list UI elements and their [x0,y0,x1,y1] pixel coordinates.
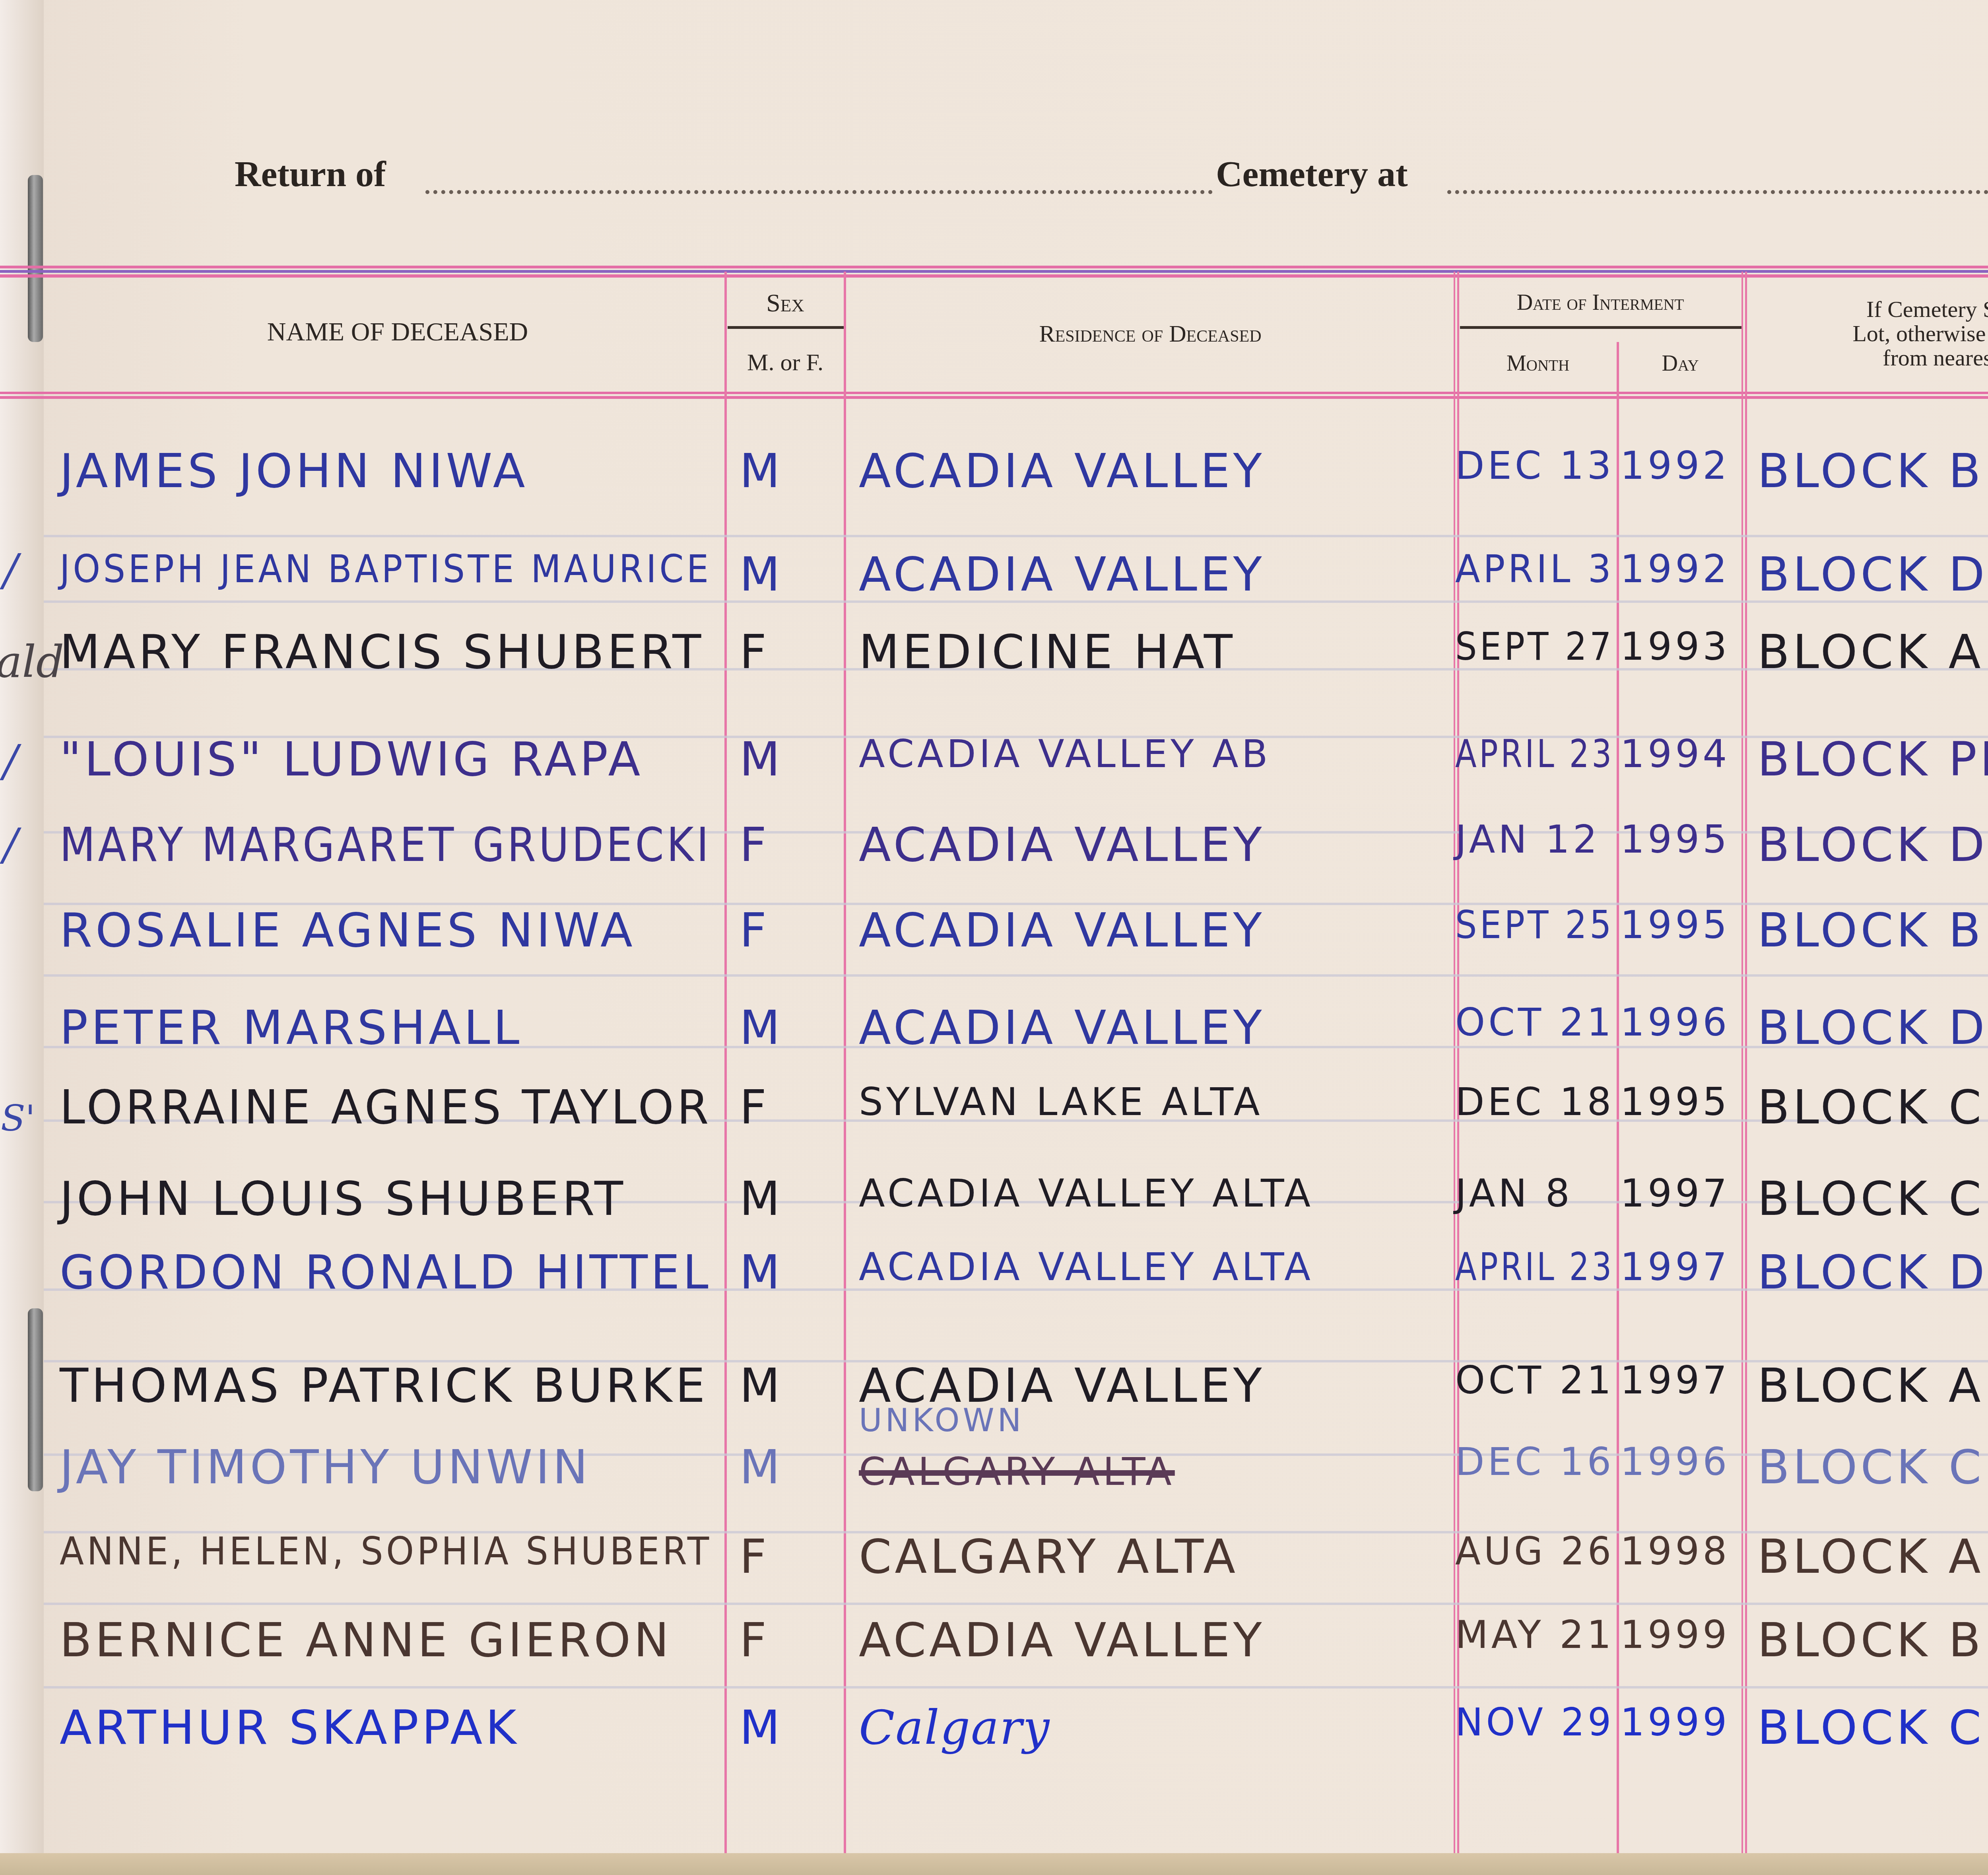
date-subrule [1460,326,1741,329]
register-page: Return of Cemetery at for Quarter ending… [0,0,1988,1853]
entry-month: OCT 21 [1455,1358,1614,1403]
binding-staple-top [28,175,43,342]
entry-name: JOSEPH JEAN BAPTISTE MAURICE [60,547,711,591]
entry-sex: M [740,1440,783,1494]
column-heading-month: Month [1459,352,1617,375]
entry-sex: F [740,817,770,872]
column-heading-sex-sub: M. or F. [727,350,844,375]
entry-sex: M [740,443,783,498]
column-rule [1617,342,1619,1853]
entry-lot: BLOCK B PLOT 96 [1757,903,1988,958]
return-of-blank [425,190,1213,194]
entry-lot: BLOCK C PLOT 31 [1757,1700,1988,1755]
entry-residence: MEDICINE HAT [859,624,1236,679]
entry-month: NOV 29 [1455,1700,1614,1745]
entry-sex: F [740,1529,770,1584]
entry-sex: M [740,1000,783,1055]
entry-day: 1998 [1620,1529,1730,1574]
entry-day: 1999 [1620,1700,1730,1745]
entry-month: SEPT 25 [1455,903,1614,947]
column-heading-lot: If Cemetery Surveyed State Number of Lot… [1747,297,1988,370]
entry-residence: ACADIA VALLEY AB [859,732,1271,776]
margin-note: S' [1,1098,35,1139]
entry-name: JOHN LOUIS SHUBERT [60,1171,626,1226]
entry-sex: M [740,1700,783,1755]
sex-subrule [728,326,844,329]
entry-day: 1995 [1620,1080,1730,1124]
entry-month: AUG 26 [1455,1529,1614,1574]
entry-day: 1994 [1620,732,1730,776]
entry-residence-struck: CALGARY ALTA [859,1449,1175,1494]
entry-month: JAN 8 [1455,1171,1573,1216]
entry-sex: M [740,1245,783,1300]
binding-staple-bottom [28,1308,43,1491]
entry-residence: SYLVAN LAKE ALTA [859,1080,1263,1124]
entry-lot: BLOCK C PLOT 30 ? [1757,1440,1988,1494]
entry-name: JAY TIMOTHY UNWIN [60,1440,591,1494]
entry-month: APRIL 3 [1455,547,1614,591]
entry-name: GORDON RONALD HITTEL [60,1245,711,1300]
entry-name: PETER MARSHALL [60,1000,522,1055]
entry-month: DEC 13 [1455,443,1614,488]
entry-residence: ACADIA VALLEY [859,443,1265,498]
entry-name: MARY MARGARET GRUDECKI [60,817,711,872]
entry-lot: BLOCK D PLOT 22 [1757,817,1988,872]
entry-residence: ACADIA VALLEY [859,903,1265,958]
cemetery-at-label: Cemetery at [1216,155,1408,195]
entry-residence: UNKOWN [859,1402,1024,1439]
entry-day: 1997 [1620,1358,1730,1403]
entry-sex: F [740,903,770,958]
entry-lot: BLOCK PLOT 38 [1757,732,1988,787]
entry-month: DEC 16 [1455,1440,1614,1484]
margin-note: / [3,736,18,787]
entry-sex: M [740,547,783,602]
header-top-rule [0,266,1988,278]
entry-sex: M [740,1171,783,1226]
entry-month: DEC 18 [1455,1080,1614,1124]
margin-note: / [3,545,18,596]
entry-lot: BLOCK C PLOT 10 [1757,1171,1988,1226]
entry-day: 1997 [1620,1171,1730,1216]
entry-lot: BLOCK A PLOT 77 A [1757,1358,1988,1413]
entry-name: "LOUIS" LUDWIG RAPA [60,732,643,787]
entry-day: 1992 [1620,443,1730,488]
ruled-line [44,1603,1988,1605]
entry-day: 1999 [1620,1613,1730,1657]
entry-name: LORRAINE AGNES TAYLOR [60,1080,712,1135]
column-rule [1741,272,1747,1853]
column-heading-residence: Residence of Deceased [847,321,1454,346]
column-heading-name: NAME OF DECEASED [119,318,676,346]
entry-name: ANNE, HELEN, SOPHIA SHUBERT [60,1529,712,1574]
entry-sex: F [740,624,770,679]
entry-month: APRIL 23 [1455,732,1614,776]
entry-name: MARY FRANCIS SHUBERT [60,624,704,679]
entry-month: OCT 21 [1455,1000,1614,1045]
entry-month: APRIL 23 [1455,1245,1614,1289]
header-bottom-rule [0,392,1988,399]
margin-note: / [3,819,18,870]
entry-residence: ACADIA VALLEY ALTA [859,1171,1314,1216]
entry-name: THOMAS PATRICK BURKE [60,1358,708,1413]
entry-residence: ACADIA VALLEY [859,547,1265,602]
entry-sex: F [740,1080,770,1135]
entry-name: BERNICE ANNE GIERON [60,1613,672,1667]
entry-residence: ACADIA VALLEY [859,817,1265,872]
entry-day: 1992 [1620,547,1730,591]
ruled-line [44,1686,1988,1688]
entry-lot: BLOCK B PLOT 84 [1757,443,1988,498]
entry-sex: F [740,1613,770,1667]
entry-lot: BLOCK A PLOT 71 [1757,624,1988,679]
entry-residence: Calgary [859,1700,1050,1755]
margin-note: ald [0,636,64,687]
entry-name: JAMES JOHN NIWA [60,443,528,498]
entry-month: JAN 12 [1455,817,1600,862]
entry-residence: ACADIA VALLEY [859,1000,1265,1055]
entry-residence: CALGARY ALTA [859,1529,1239,1584]
entry-lot: BLOCK D PLOT 24 [1757,1000,1988,1055]
entry-sex: M [740,732,783,787]
page-stack-edge [0,1853,1988,1875]
entry-month: MAY 21 [1455,1613,1614,1657]
return-of-label: Return of [235,155,386,195]
entry-residence: ACADIA VALLEY ALTA [859,1245,1314,1289]
entry-name: ARTHUR SKAPPAK [60,1700,520,1755]
column-heading-sex: Sex [727,290,844,316]
entry-day: 1993 [1620,624,1730,669]
entry-lot: BLOCK D PLOT 20 [1757,1245,1988,1300]
entry-day: 1995 [1620,817,1730,862]
entry-lot: BLOCK A PLOT 72 [1757,1529,1988,1584]
entry-lot: BLOCK C PLOT 36 [1757,1080,1988,1135]
entry-lot: BLOCK B PLOT 34 [1757,1613,1988,1667]
entry-day: 1996 [1620,1440,1730,1484]
entry-name: ROSALIE AGNES NIWA [60,903,636,958]
entry-day: 1997 [1620,1245,1730,1289]
column-heading-day: Day [1619,352,1741,375]
column-heading-date: Date of Interment [1459,291,1741,315]
entry-month: SEPT 27 [1455,624,1614,669]
ruled-line [44,535,1988,537]
entry-sex: M [740,1358,783,1413]
entry-day: 1996 [1620,1000,1730,1045]
entry-day: 1995 [1620,903,1730,947]
cemetery-at-blank [1447,190,1988,194]
entry-lot: BLOCK D PLOT 11 [1757,547,1988,602]
entry-residence: ACADIA VALLEY [859,1613,1265,1667]
column-rule [724,272,727,1853]
ruled-line [44,974,1988,977]
column-rule [844,272,846,1853]
